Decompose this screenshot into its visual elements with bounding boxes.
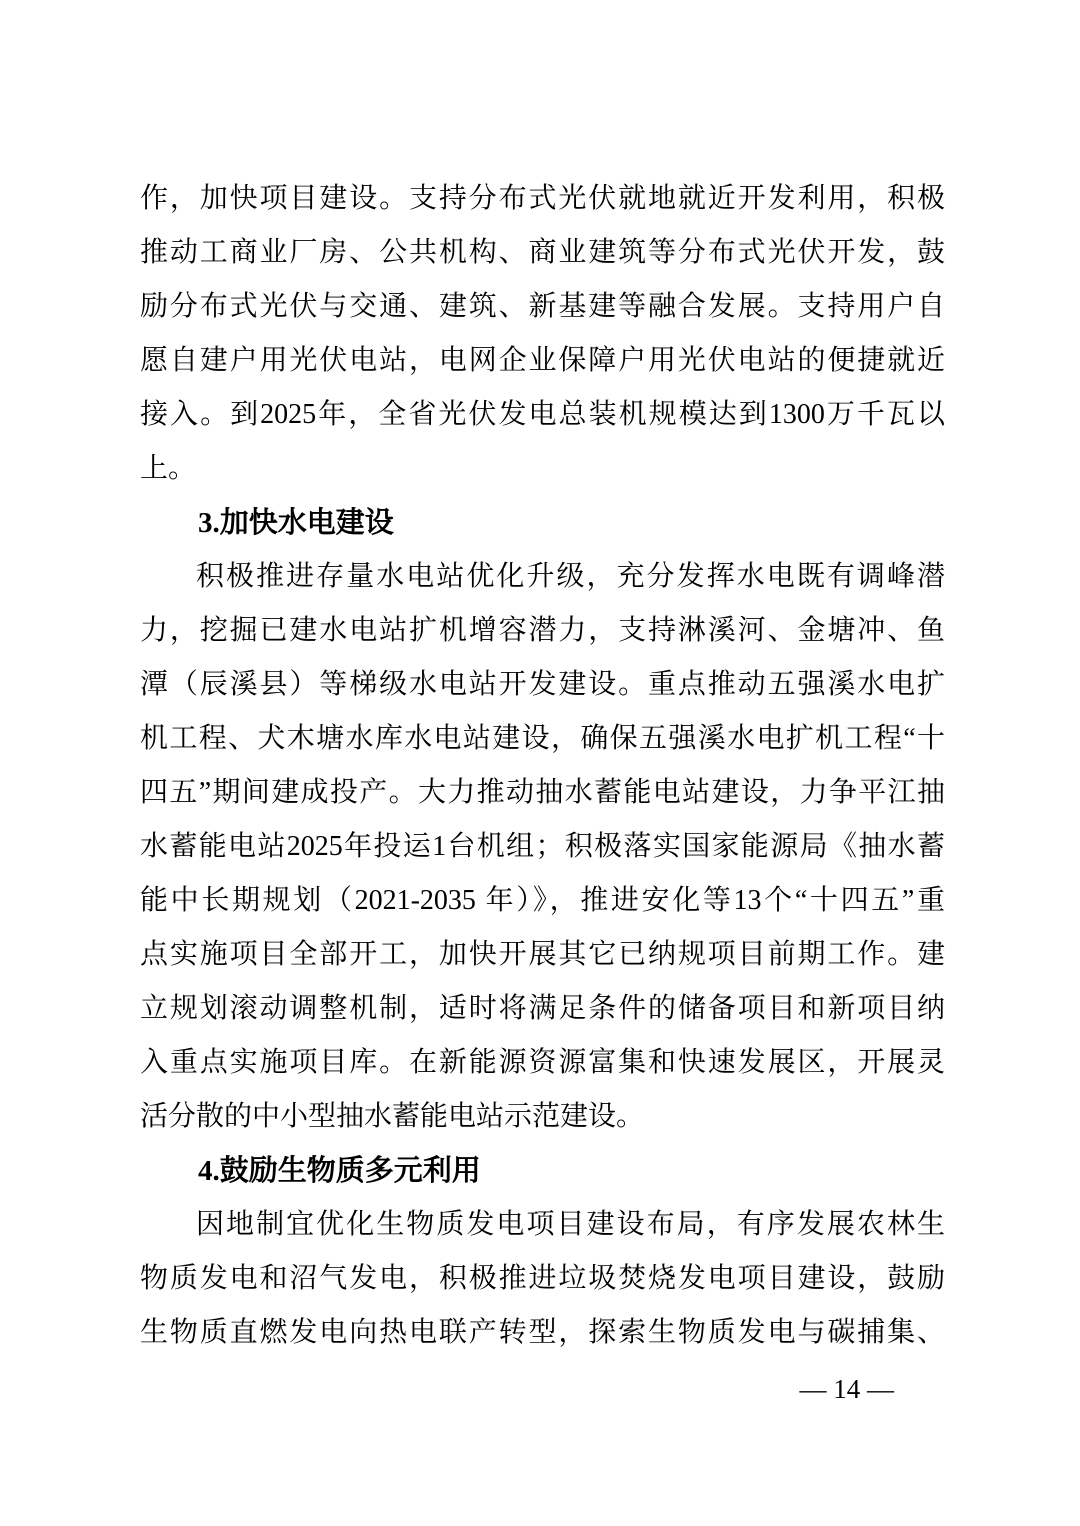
text-line: 能中长期规划（2021-2035 年）》，推进安化等13个“十四五”重	[140, 874, 945, 928]
page-number: — 14 —	[800, 1372, 895, 1406]
text-line: 上。	[140, 442, 945, 496]
text-line: 接入。到2025年，全省光伏发电总装机规模达到1300万千瓦以	[140, 388, 945, 442]
text-line: 四五”期间建成投产。大力推动抽水蓄能电站建设，力争平江抽	[140, 766, 945, 820]
section-heading-hydropower: 3.加快水电建设	[140, 496, 945, 550]
text-line: 励分布式光伏与交通、建筑、新基建等融合发展。支持用户自	[140, 280, 945, 334]
text-line: 愿自建户用光伏电站，电网企业保障户用光伏电站的便捷就近	[140, 334, 945, 388]
text-line: 推动工商业厂房、公共机构、商业建筑等分布式光伏开发，鼓	[140, 226, 945, 280]
section-heading-biomass: 4.鼓励生物质多元利用	[140, 1144, 945, 1198]
text-line: 入重点实施项目库。在新能源资源富集和快速发展区，开展灵	[140, 1036, 945, 1090]
text-line: 积极推进存量水电站优化升级，充分发挥水电既有调峰潜	[140, 550, 945, 604]
document-body: 作，加快项目建设。支持分布式光伏就地就近开发利用，积极 推动工商业厂房、公共机构…	[140, 172, 945, 1360]
document-page: 作，加快项目建设。支持分布式光伏就地就近开发利用，积极 推动工商业厂房、公共机构…	[0, 0, 1080, 1526]
text-line: 点实施项目全部开工，加快开展其它已纳规项目前期工作。建	[140, 928, 945, 982]
text-line: 立规划滚动调整机制，适时将满足条件的储备项目和新项目纳	[140, 982, 945, 1036]
text-line: 潭（辰溪县）等梯级水电站开发建设。重点推动五强溪水电扩	[140, 658, 945, 712]
text-line: 物质发电和沼气发电，积极推进垃圾焚烧发电项目建设，鼓励	[140, 1252, 945, 1306]
text-line: 活分散的中小型抽水蓄能电站示范建设。	[140, 1090, 945, 1144]
text-line: 生物质直燃发电向热电联产转型，探索生物质发电与碳捕集、	[140, 1306, 945, 1360]
text-line: 因地制宜优化生物质发电项目建设布局，有序发展农林生	[140, 1198, 945, 1252]
text-line: 作，加快项目建设。支持分布式光伏就地就近开发利用，积极	[140, 172, 945, 226]
text-line: 机工程、犬木塘水库水电站建设，确保五强溪水电扩机工程“十	[140, 712, 945, 766]
text-line: 水蓄能电站2025年投运1台机组；积极落实国家能源局《抽水蓄	[140, 820, 945, 874]
text-line: 力，挖掘已建水电站扩机增容潜力，支持淋溪河、金塘冲、鱼	[140, 604, 945, 658]
